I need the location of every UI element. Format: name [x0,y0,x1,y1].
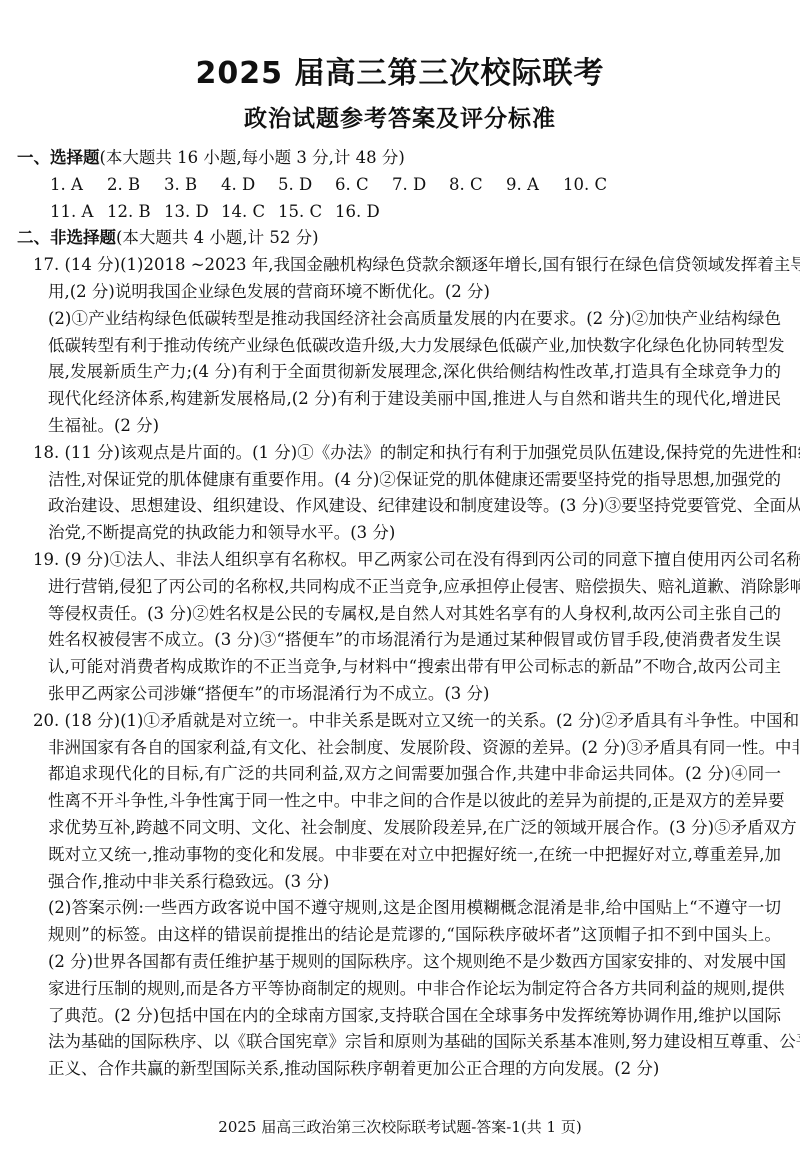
section-2-note: (本大题共 4 小题,计 52 分) [116,228,319,247]
answer-text-line: 非洲国家有各自的国家利益,有文化、社会制度、发展阶段、资源的差异。(2 分)③矛… [0,735,800,762]
answers-row-2: 11. A 12. B 13. D 14. C 15. C 16. D [0,199,800,226]
answer-text-line: 了典范。(2 分)包括中国在内的全球南方国家,支持联合国在全球事务中发挥统筹协调… [0,1003,800,1030]
line-text: 张甲乙两家公司涉嫌“搭便车”的市场混淆行为不成立。(3 分) [48,684,490,703]
line-text: 都追求现代化的目标,有广泛的共同利益,双方之间需要加强合作,共建中非命运共同体。… [48,761,781,788]
answer-text-line: 强合作,推动中非关系行稳致远。(3 分) [0,869,800,896]
line-text: 了典范。(2 分)包括中国在内的全球南方国家,支持联合国在全球事务中发挥统筹协调… [48,1003,781,1030]
answer-item: 15. C [278,199,335,226]
line-text: 进行营销,侵犯了丙公司的名称权,共同构成不正当竞争,应承担停止侵害、赔偿损失、赔… [48,574,781,601]
answer-text-line: 规则”的标签。由这样的错误前提推出的结论是荒谬的,“国际秩序破坏者”这顶帽子扣不… [0,922,800,949]
question-start-line: 20. (18 分)(1)①矛盾就是对立统一。中非关系是既对立又统一的关系。(2… [0,708,800,735]
section-2-title: 二、非选择题 [17,228,116,247]
answer-item: 16. D [335,199,392,226]
answers-row-1: 1. A 2. B 3. B 4. D 5. D 6. C 7. D 8. C … [0,172,800,199]
line-text: 现代化经济体系,构建新发展格局,(2 分)有利于建设美丽中国,推进人与自然和谐共… [48,386,781,413]
section-1-title: 一、选择题 [17,148,100,167]
answer-text-line: 求优势互补,跨越不同文明、文化、社会制度、发展阶段差异,在广泛的领域开展合作。(… [0,815,800,842]
line-text: 认,可能对消费者构成欺诈的不正当竞争,与材料中“搜索出带有甲公司标志的新品”不吻… [48,654,781,681]
answer-text-line: 用,(2 分)说明我国企业绿色发展的营商环境不断优化。(2 分) [0,279,800,306]
answer-text-line: 等侵权责任。(3 分)②姓名权是公民的专属权,是自然人对其姓名享有的人身权利,故… [0,601,800,628]
answer-text-line: 姓名权被侵害不成立。(3 分)③“搭便车”的市场混淆行为是通过某种假冒或仿冒手段… [0,627,800,654]
answer-item: 9. A [506,172,563,199]
line-text: 治党,不断提高党的执政能力和领导水平。(3 分) [48,523,395,542]
answer-text-line: 进行营销,侵犯了丙公司的名称权,共同构成不正当竞争,应承担停止侵害、赔偿损失、赔… [0,574,800,601]
answer-text-line: 都追求现代化的目标,有广泛的共同利益,双方之间需要加强合作,共建中非命运共同体。… [0,761,800,788]
question-start-line: 18. (11 分)该观点是片面的。(1 分)①《办法》的制定和执行有利于加强党… [0,440,800,467]
answer-item: 11. A [50,199,107,226]
line-text: 17. (14 分)(1)2018 ~2023 年,我国金融机构绿色贷款余额逐年… [33,252,781,279]
answer-text-line: (2)答案示例:一些西方政客说中国不遵守规则,这是企图用模糊概念混淆是非,给中国… [0,895,800,922]
answer-item: 1. A [50,172,107,199]
answer-text-line: 张甲乙两家公司涉嫌“搭便车”的市场混淆行为不成立。(3 分) [0,681,800,708]
line-text: 政治建设、思想建设、组织建设、作风建设、纪律建设和制度建设等。(3 分)③要坚持… [48,493,781,520]
line-text: (2 分)世界各国都有责任维护基于规则的国际秩序。这个规则绝不是少数西方国家安排… [48,949,781,976]
line-text: 非洲国家有各自的国家利益,有文化、社会制度、发展阶段、资源的差异。(2 分)③矛… [48,735,781,762]
line-text: (2)答案示例:一些西方政客说中国不遵守规则,这是企图用模糊概念混淆是非,给中国… [48,895,781,922]
line-text: 低碳转型有利于推动传统产业绿色低碳改造升级,大力发展绿色低碳产业,加快数字化绿色… [48,333,781,360]
section-1-heading: 一、选择题(本大题共 16 小题,每小题 3 分,计 48 分) [0,145,800,172]
answer-item: 6. C [335,172,392,199]
answer-text-line: 生福祉。(2 分) [0,413,800,440]
line-text: 家进行压制的规则,而是各方平等协商制定的规则。中非合作论坛为制定符合各方共同利益… [48,976,781,1003]
essay-answers: 17. (14 分)(1)2018 ~2023 年,我国金融机构绿色贷款余额逐年… [0,252,800,1083]
answer-text-line: 家进行压制的规则,而是各方平等协商制定的规则。中非合作论坛为制定符合各方共同利益… [0,976,800,1003]
line-text: 正义、合作共赢的新型国际关系,推动国际秩序朝着更加公正合理的方向发展。(2 分) [48,1059,659,1078]
answer-content: 一、选择题(本大题共 16 小题,每小题 3 分,计 48 分) 1. A 2.… [0,145,800,1083]
section-1-note: (本大题共 16 小题,每小题 3 分,计 48 分) [100,148,405,167]
answer-text-line: 展,发展新质生产力;(4 分)有利于全面贯彻新发展理念,深化供给侧结构性改革,打… [0,359,800,386]
answer-item: 7. D [392,172,449,199]
line-text: 等侵权责任。(3 分)②姓名权是公民的专属权,是自然人对其姓名享有的人身权利,故… [48,601,781,628]
line-text: 18. (11 分)该观点是片面的。(1 分)①《办法》的制定和执行有利于加强党… [33,440,781,467]
answer-text-line: 治党,不断提高党的执政能力和领导水平。(3 分) [0,520,800,547]
line-text: 20. (18 分)(1)①矛盾就是对立统一。中非关系是既对立又统一的关系。(2… [33,708,781,735]
answer-text-line: 性离不开斗争性,斗争性寓于同一性之中。中非之间的合作是以彼此的差异为前提的,正是… [0,788,800,815]
line-text: (2)①产业结构绿色低碳转型是推动我国经济社会高质量发展的内在要求。(2 分)②… [48,306,781,333]
page-subtitle: 政治试题参考答案及评分标准 [0,100,800,133]
answer-text-line: 低碳转型有利于推动传统产业绿色低碳改造升级,大力发展绿色低碳产业,加快数字化绿色… [0,333,800,360]
answer-text-line: (2 分)世界各国都有责任维护基于规则的国际秩序。这个规则绝不是少数西方国家安排… [0,949,800,976]
answer-item: 12. B [107,199,164,226]
answer-item: 5. D [278,172,335,199]
answer-text-line: 法为基础的国际秩序、以《联合国宪章》宗旨和原则为基础的国际关系基本准则,努力建设… [0,1029,800,1056]
answer-text-line: 既对立又统一,推动事物的变化和发展。中非要在对立中把握好统一,在统一中把握好对立… [0,842,800,869]
answer-text-line: (2)①产业结构绿色低碳转型是推动我国经济社会高质量发展的内在要求。(2 分)②… [0,306,800,333]
question-start-line: 17. (14 分)(1)2018 ~2023 年,我国金融机构绿色贷款余额逐年… [0,252,800,279]
line-text: 强合作,推动中非关系行稳致远。(3 分) [48,872,329,891]
line-text: 规则”的标签。由这样的错误前提推出的结论是荒谬的,“国际秩序破坏者”这顶帽子扣不… [48,922,781,949]
line-text: 展,发展新质生产力;(4 分)有利于全面贯彻新发展理念,深化供给侧结构性改革,打… [48,359,781,386]
line-text: 既对立又统一,推动事物的变化和发展。中非要在对立中把握好统一,在统一中把握好对立… [48,842,781,869]
section-2-heading: 二、非选择题(本大题共 4 小题,计 52 分) [0,225,800,252]
answer-text-line: 认,可能对消费者构成欺诈的不正当竞争,与材料中“搜索出带有甲公司标志的新品”不吻… [0,654,800,681]
line-text: 生福祉。(2 分) [48,416,159,435]
answer-text-line: 洁性,对保证党的肌体健康有重要作用。(4 分)②保证党的肌体健康还需要坚持党的指… [0,467,800,494]
answer-text-line: 政治建设、思想建设、组织建设、作风建设、纪律建设和制度建设等。(3 分)③要坚持… [0,493,800,520]
line-text: 用,(2 分)说明我国企业绿色发展的营商环境不断优化。(2 分) [48,282,490,301]
line-text: 法为基础的国际秩序、以《联合国宪章》宗旨和原则为基础的国际关系基本准则,努力建设… [48,1029,781,1056]
answer-text-line: 现代化经济体系,构建新发展格局,(2 分)有利于建设美丽中国,推进人与自然和谐共… [0,386,800,413]
page-title: 2025 届高三第三次校际联考 [0,48,800,92]
answer-item: 10. C [563,172,620,199]
answer-item: 2. B [107,172,164,199]
question-start-line: 19. (9 分)①法人、非法人组织享有名称权。甲乙两家公司在没有得到丙公司的同… [0,547,800,574]
line-text: 姓名权被侵害不成立。(3 分)③“搭便车”的市场混淆行为是通过某种假冒或仿冒手段… [48,627,781,654]
answer-item: 8. C [449,172,506,199]
answer-text-line: 正义、合作共赢的新型国际关系,推动国际秩序朝着更加公正合理的方向发展。(2 分) [0,1056,800,1083]
line-text: 19. (9 分)①法人、非法人组织享有名称权。甲乙两家公司在没有得到丙公司的同… [33,547,781,574]
answer-item: 4. D [221,172,278,199]
answer-item: 13. D [164,199,221,226]
line-text: 性离不开斗争性,斗争性寓于同一性之中。中非之间的合作是以彼此的差异为前提的,正是… [48,788,781,815]
line-text: 洁性,对保证党的肌体健康有重要作用。(4 分)②保证党的肌体健康还需要坚持党的指… [48,467,781,494]
answer-item: 14. C [221,199,278,226]
page-footer: 2025 届高三政治第三次校际联考试题-答案-1(共 1 页) [0,1116,800,1137]
line-text: 求优势互补,跨越不同文明、文化、社会制度、发展阶段差异,在广泛的领域开展合作。(… [48,815,781,842]
answer-item: 3. B [164,172,221,199]
